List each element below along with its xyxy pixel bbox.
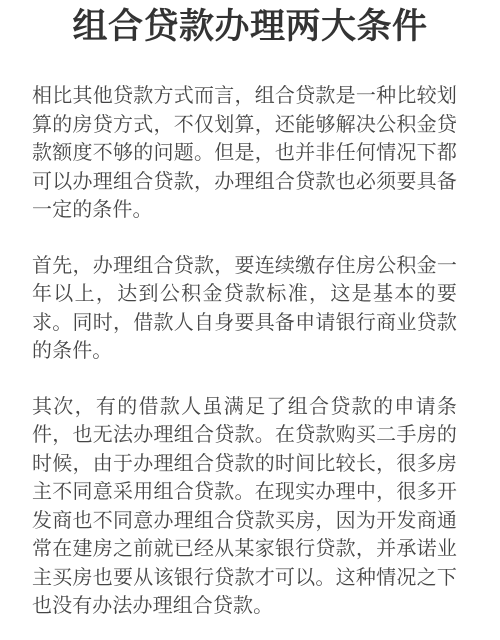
article-paragraph-2: 首先，办理组合贷款，要连续缴存住房公积金一年以上，达到公积金贷款标准，这是基本的… [32, 252, 457, 366]
article-page: 组合贷款办理两大条件 相比其他贷款方式而言，组合贷款是一种比较划算的房贷方式，不… [0, 0, 500, 640]
article-paragraph-3: 其次，有的借款人虽满足了组合贷款的申请条件，也无法办理组合贷款。在贷款购买二手房… [32, 393, 457, 621]
article-title: 组合贷款办理两大条件 [0, 0, 500, 50]
article-paragraph-1: 相比其他贷款方式而言，组合贷款是一种比较划算的房贷方式，不仅划算，还能够解决公积… [32, 82, 457, 225]
article-body: 相比其他贷款方式而言，组合贷款是一种比较划算的房贷方式，不仅划算，还能够解决公积… [0, 82, 500, 621]
